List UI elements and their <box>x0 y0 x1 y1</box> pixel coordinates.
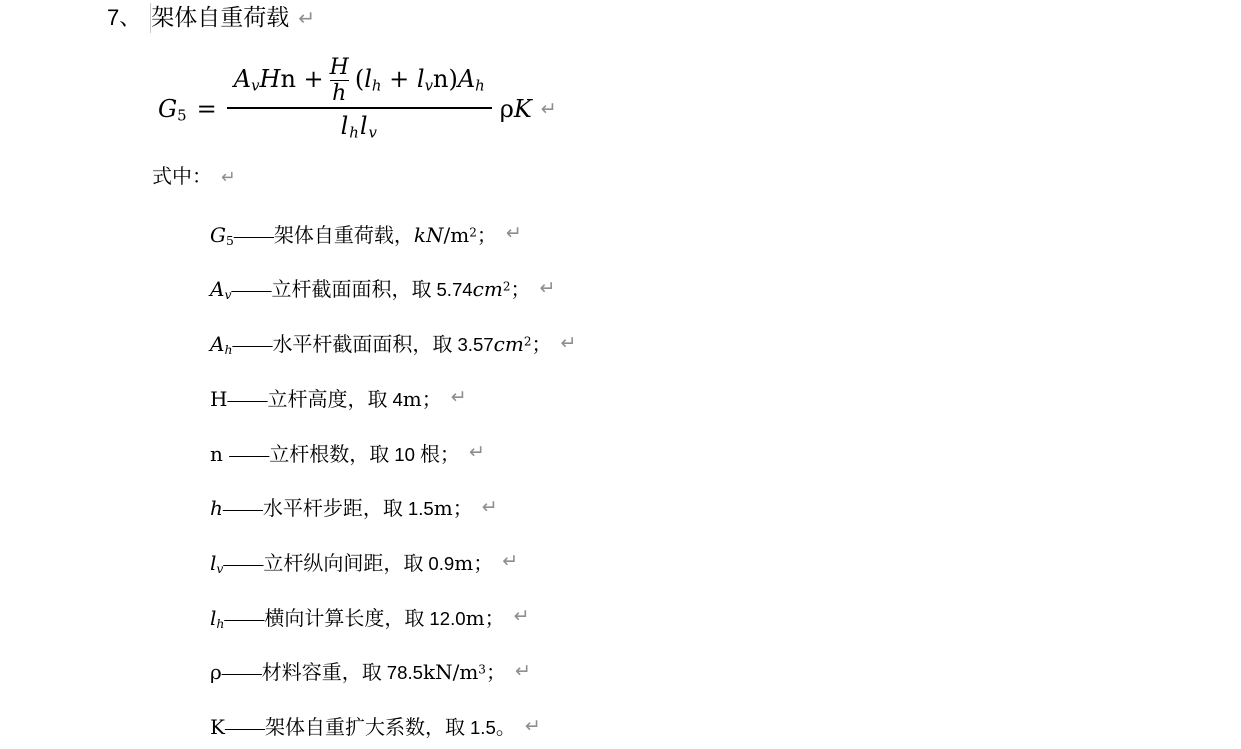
paragraph-mark-icon: ↵ <box>560 332 576 354</box>
definition-item-h: h——水平杆步距，取 1.5m；↵ <box>210 479 576 534</box>
definition-text: K——架体自重扩大系数，取 1.5。 <box>210 711 516 740</box>
formula-g5: G5 = AvHn + H h (lh + lvn)Ah lhlv ρK ↵ <box>158 56 557 164</box>
paragraph-mark-icon: ↵ <box>541 99 557 121</box>
section-title-text: 架体自重荷载 <box>151 5 289 30</box>
definition-list: G5——架体自重荷载，kN/m2；↵ Av——立杆截面面积，取 5.74cm2；… <box>210 206 576 749</box>
where-label: 式中： <box>152 166 212 188</box>
paragraph-mark-icon: ↵ <box>482 496 498 518</box>
paragraph-mark-icon: ↵ <box>525 715 541 737</box>
section-title: 7、架体自重荷载↵ <box>107 2 315 34</box>
definition-text: H——立杆高度，取 4m； <box>210 383 442 412</box>
main-fraction: AvHn + H h (lh + lvn)Ah lhlv <box>227 56 492 164</box>
definition-text: h——水平杆步距，取 1.5m； <box>210 492 473 521</box>
where-label-line: 式中：↵ <box>152 163 236 192</box>
definition-item-ah: Ah——水平杆截面面积，取 3.57cm2；↵ <box>210 315 576 370</box>
fraction-bar <box>227 107 492 109</box>
equals-sign: = <box>197 96 217 124</box>
fraction-numerator: AvHn + H h (lh + lvn)Ah <box>227 56 492 105</box>
definition-item-rho: ρ——材料容重，取 78.5kN/m3；↵ <box>210 644 576 699</box>
inner-fraction: H h <box>330 56 349 105</box>
formula-lhs: G5 <box>158 96 187 125</box>
inner-fraction-numerator: H <box>330 56 349 79</box>
definition-text: Ah——水平杆截面面积，取 3.57cm2； <box>210 328 551 357</box>
document-page: 7、架体自重荷载↵ G5 = AvHn + H h (lh + lvn)Ah l… <box>0 0 1241 749</box>
definition-item-lh: lh——横向计算长度，取 12.0m；↵ <box>210 589 576 644</box>
numerator-left: AvHn + <box>234 66 324 95</box>
definition-text: Av——立杆截面面积，取 5.74cm2； <box>210 273 530 302</box>
paragraph-mark-icon: ↵ <box>506 222 522 244</box>
paragraph-mark-icon: ↵ <box>221 168 236 188</box>
definition-text: ρ——材料容重，取 78.5kN/m3； <box>210 656 506 685</box>
definition-text: n ——立杆根数，取 10 根； <box>210 438 460 467</box>
paragraph-mark-icon: ↵ <box>469 441 485 463</box>
definition-text: lh——横向计算长度，取 12.0m； <box>210 602 505 631</box>
paragraph-mark-icon: ↵ <box>539 277 555 299</box>
paragraph-mark-icon: ↵ <box>514 605 530 627</box>
formula-rhs: ρK <box>500 96 532 124</box>
paragraph-mark-icon: ↵ <box>451 386 467 408</box>
fraction-denominator: lhlv <box>341 111 378 148</box>
numerator-right: (lh + lvn)Ah <box>355 66 485 95</box>
definition-text: G5——架体自重荷载，kN/m2； <box>210 219 497 248</box>
definition-item-n: n ——立杆根数，取 10 根；↵ <box>210 425 576 480</box>
paragraph-mark-icon: ↵ <box>298 6 315 30</box>
definition-item-av: Av——立杆截面面积，取 5.74cm2；↵ <box>210 261 576 316</box>
inner-fraction-denominator: h <box>332 82 346 105</box>
paragraph-mark-icon: ↵ <box>502 550 518 572</box>
definition-item-lv: lv——立杆纵向间距，取 0.9m；↵ <box>210 534 576 589</box>
definition-item-g5: G5——架体自重荷载，kN/m2；↵ <box>210 206 576 261</box>
definition-item-H: H——立杆高度，取 4m；↵ <box>210 370 576 425</box>
text-cursor <box>150 3 151 33</box>
definition-text: lv——立杆纵向间距，取 0.9m； <box>210 547 493 576</box>
definition-item-K: K——架体自重扩大系数，取 1.5。↵ <box>210 698 576 749</box>
paragraph-mark-icon: ↵ <box>515 660 531 682</box>
section-number: 7、 <box>107 5 141 30</box>
